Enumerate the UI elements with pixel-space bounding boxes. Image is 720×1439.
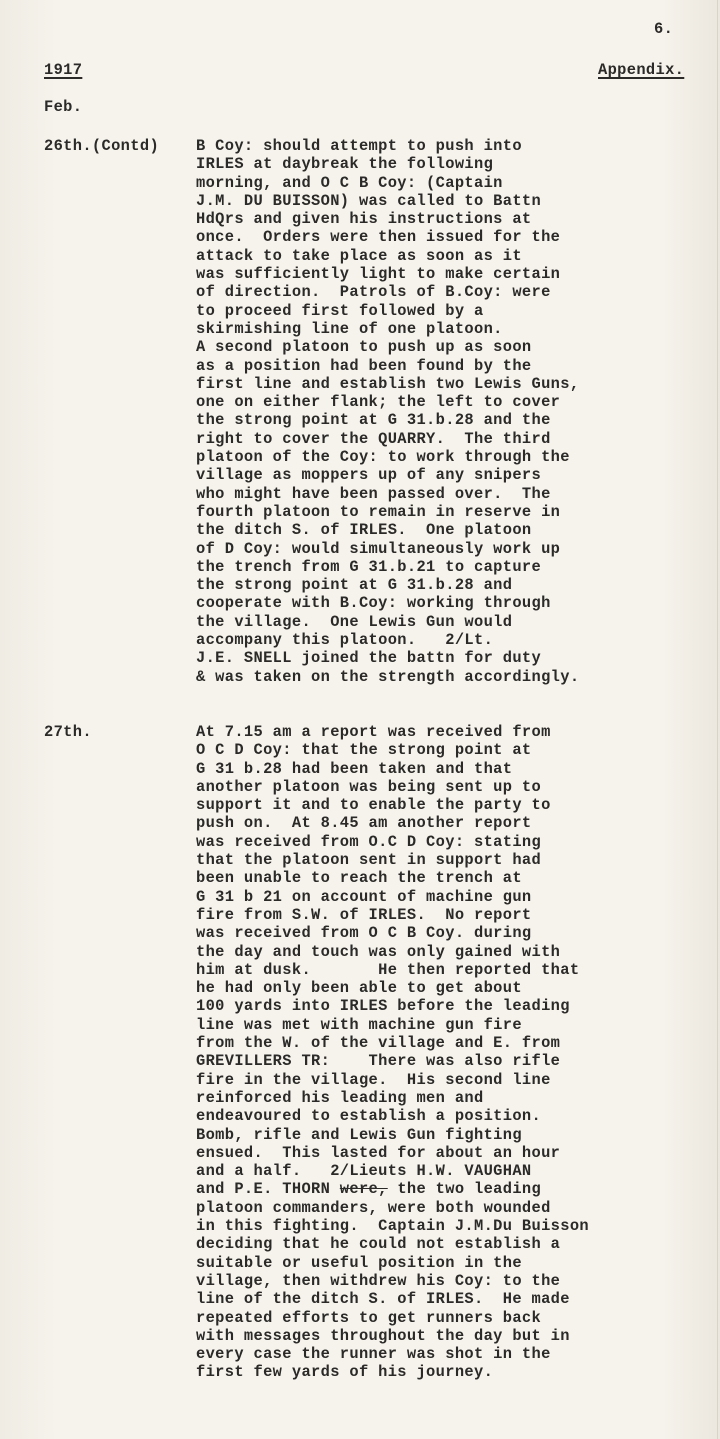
text-line: A second platoon to push up as soon [196,338,579,356]
text-line: support it and to enable the party to [196,796,589,814]
text-line: At 7.15 am a report was received from [196,723,589,741]
text-line: another platoon was being sent up to [196,778,589,796]
text-line: GREVILLERS TR: There was also rifle [196,1052,589,1070]
text-line: first line and establish two Lewis Guns, [196,375,579,393]
text-line: to proceed first followed by a [196,302,579,320]
text-line: from the W. of the village and E. from [196,1034,589,1052]
text-line: was received from O.C D Coy: stating [196,833,589,851]
text-line: & was taken on the strength accordingly. [196,668,579,686]
text-line: suitable or useful position in the [196,1254,589,1272]
text-line: line of the ditch S. of IRLES. He made [196,1290,589,1308]
text-line: been unable to reach the trench at [196,869,589,887]
text-line: cooperate with B.Coy: working through [196,594,579,612]
text-line: endeavoured to establish a position. [196,1107,589,1125]
text-line: him at dusk. He then reported that [196,961,589,979]
text-line: the village. One Lewis Gun would [196,613,579,631]
text-line: G 31 b 21 on account of machine gun [196,888,589,906]
text-line: once. Orders were then issued for the [196,228,579,246]
text-line: of direction. Patrols of B.Coy: were [196,283,579,301]
appendix-heading: Appendix. [598,61,684,80]
text-line: attack to take place as soon as it [196,247,579,265]
text-line: that the platoon sent in support had [196,851,589,869]
year-heading: 1917 [44,61,82,80]
text-line: fire from S.W. of IRLES. No report [196,906,589,924]
text-line: reinforced his leading men and [196,1089,589,1107]
text-line: the strong point at G 31.b.28 and the [196,411,579,429]
text-line: the strong point at G 31.b.28 and [196,576,579,594]
text-line: with messages throughout the day but in [196,1327,589,1345]
text-line: J.E. SNELL joined the battn for duty [196,649,579,667]
text-line: IRLES at daybreak the following [196,155,579,173]
text-line: first few yards of his journey. [196,1363,589,1381]
text-line: repeated efforts to get runners back [196,1309,589,1327]
text-line: village, then withdrew his Coy: to the [196,1272,589,1290]
entry-date-27th: 27th. [44,723,92,742]
text-line: right to cover the QUARRY. The third [196,430,579,448]
text-line: who might have been passed over. The [196,485,579,503]
page-number: 6. [654,20,673,39]
text-line: fourth platoon to remain in reserve in [196,503,579,521]
text-line: one on either flank; the left to cover [196,393,579,411]
text-line: the day and touch was only gained with [196,943,589,961]
entry-date-26th: 26th.(Contd) [44,137,159,156]
text-line: HdQrs and given his instructions at [196,210,579,228]
text-line: platoon commanders, were both wounded [196,1199,589,1217]
text-line: and a half. 2/Lieuts H.W. VAUGHAN [196,1162,589,1180]
text-line: deciding that he could not establish a [196,1235,589,1253]
text-line: J.M. DU BUISSON) was called to Battn [196,192,579,210]
text-line: G 31 b.28 had been taken and that [196,760,589,778]
struck-word: were, [340,1180,388,1198]
month-label: Feb. [44,98,82,117]
entry-text-27th: At 7.15 am a report was received fromO C… [196,723,589,1382]
text-line: B Coy: should attempt to push into [196,137,579,155]
text-line: and P.E. THORN were, the two leading [196,1180,589,1198]
text-line: skirmishing line of one platoon. [196,320,579,338]
text-line: the ditch S. of IRLES. One platoon [196,521,579,539]
text-line: ensued. This lasted for about an hour [196,1144,589,1162]
text-line: 100 yards into IRLES before the leading [196,997,589,1015]
text-line: in this fighting. Captain J.M.Du Buisson [196,1217,589,1235]
text-line: platoon of the Coy: to work through the [196,448,579,466]
text-line: every case the runner was shot in the [196,1345,589,1363]
text-line: as a position had been found by the [196,357,579,375]
entry-text-26th: B Coy: should attempt to push intoIRLES … [196,137,579,686]
text-line: morning, and O C B Coy: (Captain [196,174,579,192]
text-line: O C D Coy: that the strong point at [196,741,589,759]
text-line: was sufficiently light to make certain [196,265,579,283]
text-line: Bomb, rifle and Lewis Gun fighting [196,1126,589,1144]
text-line: the trench from G 31.b.21 to capture [196,558,579,576]
text-line: village as moppers up of any snipers [196,466,579,484]
text-line: he had only been able to get about [196,979,589,997]
text-line: push on. At 8.45 am another report [196,814,589,832]
text-line: of D Coy: would simultaneously work up [196,540,579,558]
text-line: was received from O C B Coy. during [196,924,589,942]
text-line: line was met with machine gun fire [196,1016,589,1034]
text-line: accompany this platoon. 2/Lt. [196,631,579,649]
text-line: fire in the village. His second line [196,1071,589,1089]
document-page: 6. 1917 Appendix. Feb. 26th.(Contd) B Co… [0,0,720,1439]
